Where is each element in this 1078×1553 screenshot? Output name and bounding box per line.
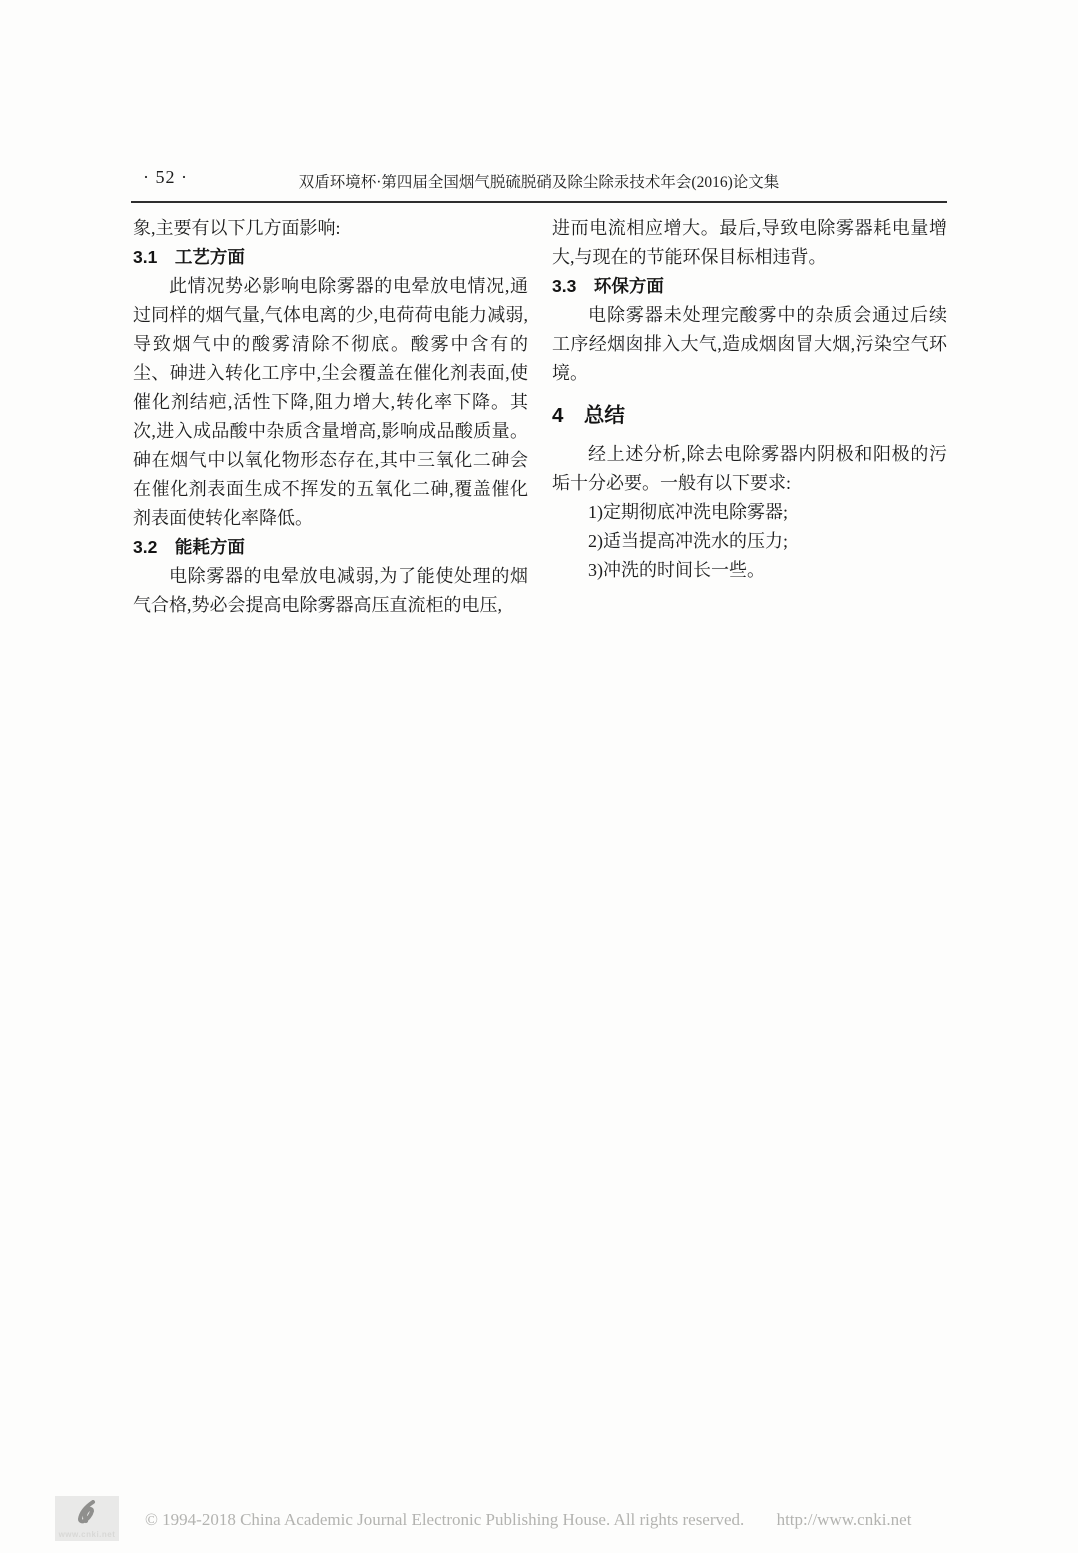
paragraph-3-2: 电除雾器的电晕放电减弱,为了能使处理的烟气合格,势必会提高电除雾器高压直流柜的电… <box>133 562 528 620</box>
page-footer: www.cnki.net © 1994-2018 China Academic … <box>0 1494 1078 1544</box>
heading-3-2: 3.2 能耗方面 <box>133 533 528 562</box>
paragraph-3-3: 电除雾器未处理完酸雾中的杂质会通过后续工序经烟囱排入大气,造成烟囱冒大烟,污染空… <box>552 301 947 388</box>
heading-3-3: 3.3 环保方面 <box>552 272 947 301</box>
paragraph-3-1: 此情况势必影响电除雾器的电晕放电情况,通过同样的烟气量,气体电离的少,电荷荷电能… <box>133 272 528 533</box>
paper-page: · 52 · 双盾环境杯·第四届全国烟气脱硫脱硝及除尘除汞技术年会(2016)论… <box>0 0 1078 1553</box>
cnki-url: http://www.cnki.net <box>777 1510 912 1529</box>
paragraph-4: 经上述分析,除去电除雾器内阴极和阳极的污垢十分必要。一般有以下要求: <box>552 440 947 498</box>
list-item: 1)定期彻底冲洗电除雾器; <box>552 498 947 527</box>
page-header: · 52 · 双盾环境杯·第四届全国烟气脱硫脱硝及除尘除汞技术年会(2016)论… <box>131 163 947 203</box>
running-head-title: 双盾环境杯·第四届全国烟气脱硫脱硝及除尘除汞技术年会(2016)论文集 <box>131 170 947 192</box>
heading-3-1: 3.1 工艺方面 <box>133 243 528 272</box>
cnki-logo: www.cnki.net <box>55 1496 119 1541</box>
paragraph-continuation: 进而电流相应增大。最后,导致电除雾器耗电量增大,与现在的节能环保目标相违背。 <box>552 214 947 272</box>
paragraph-continuation: 象,主要有以下几方面影响: <box>133 214 528 243</box>
left-column: 象,主要有以下几方面影响: 3.1 工艺方面 此情况势必影响电除雾器的电晕放电情… <box>133 214 528 620</box>
copyright-line: © 1994-2018 China Academic Journal Elect… <box>145 1510 911 1530</box>
two-column-body: 象,主要有以下几方面影响: 3.1 工艺方面 此情况势必影响电除雾器的电晕放电情… <box>133 214 947 620</box>
copyright-text: © 1994-2018 China Academic Journal Elect… <box>145 1510 744 1529</box>
list-item: 3)冲洗的时间长一些。 <box>552 556 947 585</box>
cnki-logo-caption: www.cnki.net <box>55 1530 119 1539</box>
list-item: 2)适当提高冲洗水的压力; <box>552 527 947 556</box>
right-column: 进而电流相应增大。最后,导致电除雾器耗电量增大,与现在的节能环保目标相违背。 3… <box>552 214 947 620</box>
heading-4-summary: 4 总结 <box>552 401 947 430</box>
